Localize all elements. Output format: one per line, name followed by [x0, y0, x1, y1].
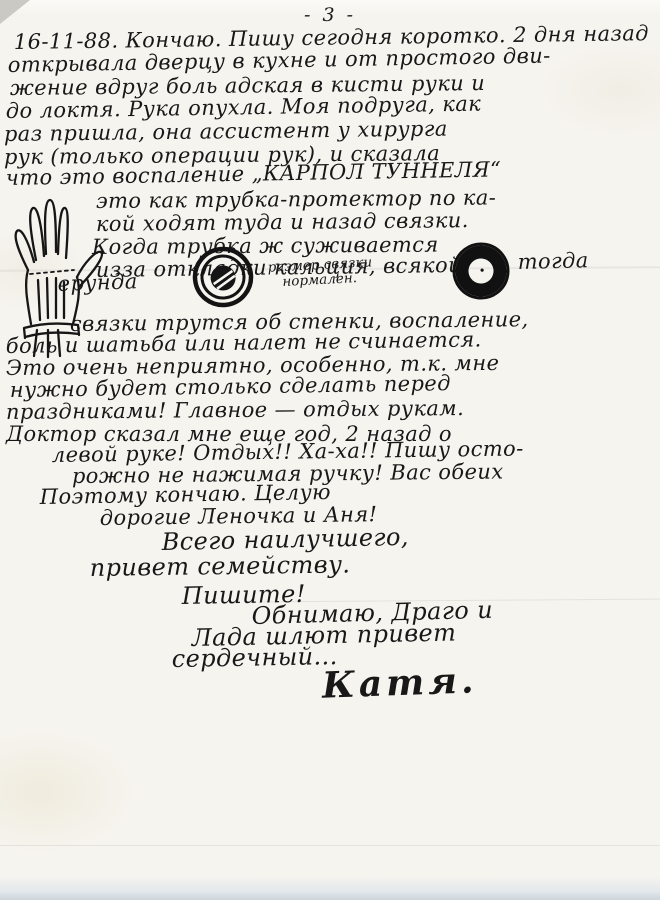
scan-bottom-edge — [0, 876, 660, 900]
doodle-caption: размер связки нормален. — [267, 255, 373, 290]
tunnel-doodle-row: ерунда размер связки нормален. тогда — [0, 240, 660, 320]
tunnel-cross-section-narrowed — [446, 236, 516, 306]
doodle-caption-line2: нормален. — [282, 270, 373, 290]
closing-line: привет семейству. — [90, 550, 351, 582]
letter-line: тогда — [517, 248, 589, 274]
letter-line: праздниками! Главное — отдых рукам. — [6, 396, 464, 424]
signature: Катя. — [321, 659, 478, 706]
tunnel-cross-section-normal — [187, 241, 260, 314]
closing-line: сердечный... — [172, 642, 338, 673]
letter-line: ерунда — [57, 269, 138, 296]
letter-page: - 3 - 16-11-88. Кончаю. Пишу сегодня кор… — [0, 0, 660, 900]
paper-crease — [0, 845, 660, 846]
